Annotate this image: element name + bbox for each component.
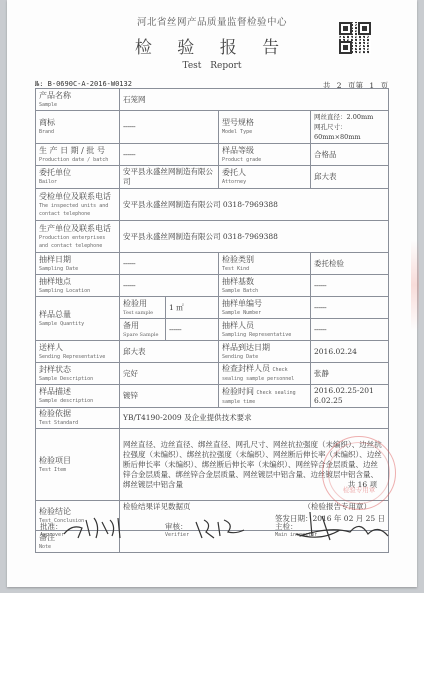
main-inspector-signature [290, 506, 400, 546]
label-production-enterprises: 生产单位及联系电话Production enterprises and cont… [36, 221, 120, 253]
table-row: 生 产 日 期 / 批 号Production date / batch ---… [36, 144, 389, 166]
label-sample-batch: 抽样基数Sample Batch [219, 275, 311, 297]
value-production-date: ------ [120, 144, 219, 166]
value-sample-state: 完好 [120, 363, 219, 385]
qr-code-icon [339, 22, 371, 54]
table-row: 样品总量Sample Quantity 检验用Test sample 1 ㎡ 抽… [36, 297, 389, 319]
report-meta: №: B-0690C-A-2016-W0132 共 2 页第 1 页 [35, 80, 388, 88]
table-row: 抽样日期Sampling Date ------ 检验类别Test Kind 委… [36, 253, 389, 275]
verifier-label: 审核：Verifier [165, 521, 189, 538]
label-sample-desc: 样品描述Sample description [36, 385, 120, 408]
verifier-signature [190, 512, 260, 542]
value-sending-date: 2016.02.24 [311, 341, 389, 363]
value-check-personnel: 张静 [311, 363, 389, 385]
label-sampling-location: 抽样地点Sampling Location [36, 275, 120, 297]
value-sample-number: ------ [311, 297, 389, 319]
value-sending-rep: 邱大表 [120, 341, 219, 363]
label-sampling-rep: 抽样人员Sampling Representative [219, 319, 311, 341]
table-row: 检验依据Test Standard YB/T4190-2009 及企业提供技术要… [36, 408, 389, 429]
value-attorney: 邱大表 [311, 166, 389, 189]
table-row: 样品描述Sample description 镀锌 检验时间 Check sea… [36, 385, 389, 408]
value-production-enterprises: 安平县永盛丝网制造有限公司 0318-7969388 [120, 221, 389, 253]
label-test-kind: 检验类别Test Kind [219, 253, 311, 275]
table-row: 抽样地点Sampling Location ------ 抽样基数Sample … [36, 275, 389, 297]
report-number: B-0690C-A-2016-W0132 [48, 80, 132, 88]
report-no-label: №: [35, 80, 43, 88]
label-product-grade: 样品等级Product grade [219, 144, 311, 166]
label-inspected-units: 受检单位及联系电话The inspected units and contact… [36, 189, 120, 221]
label-production-date: 生 产 日 期 / 批 号Production date / batch [36, 144, 120, 166]
label-test-item: 检验项目Test Item [36, 429, 120, 501]
value-sample: 石笼网 [120, 89, 389, 111]
label-spare-sample: 备用Spare Sample [120, 319, 166, 341]
label-sample-quantity: 样品总量Sample Quantity [36, 297, 120, 341]
label-check-personnel: 检查封样人员 Checksealing sample personnel [219, 363, 311, 385]
value-product-grade: 合格品 [311, 144, 389, 166]
approver-signature [60, 512, 140, 542]
table-row: 封样状态Sample Description 完好 检查封样人员 Checkse… [36, 363, 389, 385]
label-model-type: 型号规格Model Type [219, 111, 311, 144]
label-bailor: 委托单位Bailor [36, 166, 120, 189]
value-test-kind: 委托检验 [311, 253, 389, 275]
table-row: 送样人Sending Representative 邱大表 样品到达日期Send… [36, 341, 389, 363]
label-attorney: 委托人Attorney [219, 166, 311, 189]
table-row: 委托单位Bailor 安平县永盛丝网制造有限公司 委托人Attorney 邱大表 [36, 166, 389, 189]
label-sending-date: 样品到达日期Sending Date [219, 341, 311, 363]
value-sampling-date: ------ [120, 253, 219, 275]
table-row: 商标Brand ------ 型号规格Model Type 网丝直径：2.00m… [36, 111, 389, 144]
red-seal-stamp: 检验专用章 [322, 436, 396, 510]
label-check-time: 检验时间 Check sealingsample time [219, 385, 311, 408]
table-row: 受检单位及联系电话The inspected units and contact… [36, 189, 389, 221]
value-brand: ------ [120, 111, 219, 144]
label-sample-state: 封样状态Sample Description [36, 363, 120, 385]
label-sample-number: 抽样单编号Sample Number [219, 297, 311, 319]
stamp-edge-mark [411, 240, 419, 330]
label-brand: 商标Brand [36, 111, 120, 144]
value-test-sample: 1 ㎡ [166, 297, 219, 319]
value-inspected-units: 安平县永盛丝网制造有限公司 0318-7969388 [120, 189, 389, 221]
label-sampling-date: 抽样日期Sampling Date [36, 253, 120, 275]
table-row: 生产单位及联系电话Production enterprises and cont… [36, 221, 389, 253]
report-subtitle: Test Report [7, 61, 417, 71]
value-spare-sample: ------ [166, 319, 219, 341]
value-bailor: 安平县永盛丝网制造有限公司 [120, 166, 219, 189]
value-check-time: 2016.02.25-2016.02.25 [311, 385, 389, 408]
label-sample: 产品名称Sample [36, 89, 120, 111]
value-sampling-location: ------ [120, 275, 219, 297]
value-test-standard: YB/T4190-2009 及企业提供技术要求 [120, 408, 389, 429]
value-sampling-rep: ------ [311, 319, 389, 341]
table-row: 产品名称Sample 石笼网 [36, 89, 389, 111]
label-test-sample: 检验用Test sample [120, 297, 166, 319]
value-model-type: 网丝直径：2.00mm网孔尺寸：60mm×80mm [311, 111, 389, 144]
value-sample-desc: 镀锌 [120, 385, 219, 408]
label-test-standard: 检验依据Test Standard [36, 408, 120, 429]
value-sample-batch: ------ [311, 275, 389, 297]
label-sending-rep: 送样人Sending Representative [36, 341, 120, 363]
